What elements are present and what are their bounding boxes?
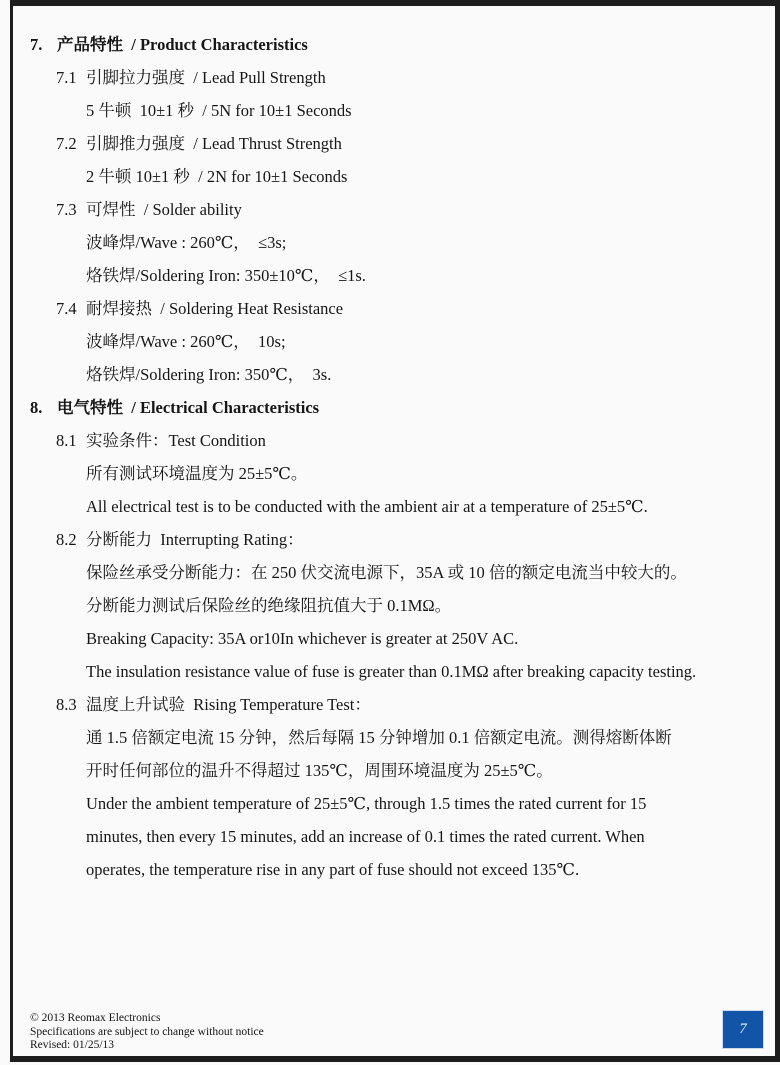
clause-8-3-title: 温度上升试验 Rising Temperature Test： xyxy=(86,695,371,714)
clause-7-2-body-line: 2 牛顿 10±1 秒 / 2N for 10±1 Seconds xyxy=(13,160,768,193)
clause-7-3-body-line: 烙铁焊/Soldering Iron: 350±10℃， ≤1s. xyxy=(13,259,768,292)
clause-8-2-body-line: 分断能力测试后保险丝的绝缘阻抗值大于 0.1MΩ。 xyxy=(13,589,768,622)
clause-8-2-heading: 8.2分断能力 Interrupting Rating： xyxy=(13,523,768,556)
clause-8-1-body-line: All electrical test is to be conducted w… xyxy=(13,490,768,523)
clause-8-3-body-line: operates, the temperature rise in any pa… xyxy=(13,853,768,886)
clause-7-2-heading: 7.2引脚推力强度 / Lead Thrust Strength xyxy=(13,127,768,160)
disclaimer-line: Specifications are subject to change wit… xyxy=(30,1026,264,1040)
clause-7-1-heading: 7.1引脚拉力强度 / Lead Pull Strength xyxy=(13,61,768,94)
clause-7-3-number: 7.3 xyxy=(56,193,86,226)
document-page: 7.产品特性 / Product Characteristics 7.1引脚拉力… xyxy=(0,0,780,1065)
clause-8-2-number: 8.2 xyxy=(56,523,86,556)
clause-8-3-body-line: 开时任何部位的温升不得超过 135℃，周围环境温度为 25±5℃。 xyxy=(13,754,768,787)
clause-7-3-body-line: 波峰焊/Wave : 260℃， ≤3s; xyxy=(13,226,768,259)
clause-7-1-title: 引脚拉力强度 / Lead Pull Strength xyxy=(86,68,326,87)
section-8-title: 电气特性 / Electrical Characteristics xyxy=(57,398,319,417)
clause-7-1-number: 7.1 xyxy=(56,61,86,94)
clause-8-3-body-line: 通 1.5 倍额定电流 15 分钟，然后每隔 15 分钟增加 0.1 倍额定电流… xyxy=(13,721,768,754)
clause-7-1-body-line: 5 牛顿 10±1 秒 / 5N for 10±1 Seconds xyxy=(13,94,768,127)
clause-7-2-title: 引脚推力强度 / Lead Thrust Strength xyxy=(86,134,342,153)
clause-8-3-number: 8.3 xyxy=(56,688,86,721)
section-8-heading: 8.电气特性 / Electrical Characteristics xyxy=(13,391,768,424)
clause-8-2-title: 分断能力 Interrupting Rating： xyxy=(86,530,304,549)
clause-8-2-body-line: The insulation resistance value of fuse … xyxy=(13,655,768,688)
clause-7-4-body-line: 烙铁焊/Soldering Iron: 350℃， 3s. xyxy=(13,358,768,391)
section-7-heading: 7.产品特性 / Product Characteristics xyxy=(13,28,768,61)
page-footer: © 2013 Reomax Electronics Specifications… xyxy=(30,1012,264,1053)
clause-7-4-heading: 7.4耐焊接热 / Soldering Heat Resistance xyxy=(13,292,768,325)
clause-7-4-number: 7.4 xyxy=(56,292,86,325)
clause-7-4-body-line: 波峰焊/Wave : 260℃， 10s; xyxy=(13,325,768,358)
clause-8-1-number: 8.1 xyxy=(56,424,86,457)
clause-8-3-body-line: Under the ambient temperature of 25±5℃, … xyxy=(13,787,768,820)
clause-8-3-body-line: minutes, then every 15 minutes, add an i… xyxy=(13,820,768,853)
section-8-number: 8. xyxy=(30,391,57,424)
clause-8-1-body-line: 所有测试环境温度为 25±5℃。 xyxy=(13,457,768,490)
clause-8-1-title: 实验条件：Test Condition xyxy=(86,431,266,450)
revision-line: Revised: 01/25/13 xyxy=(30,1039,264,1053)
clause-8-1-heading: 8.1实验条件：Test Condition xyxy=(13,424,768,457)
section-7-title: 产品特性 / Product Characteristics xyxy=(57,35,308,54)
page-content: 7.产品特性 / Product Characteristics 7.1引脚拉力… xyxy=(13,28,768,886)
clause-7-4-title: 耐焊接热 / Soldering Heat Resistance xyxy=(86,299,343,318)
section-7-number: 7. xyxy=(30,28,57,61)
clause-8-2-body-line: 保险丝承受分断能力：在 250 伏交流电源下，35A 或 10 倍的额定电流当中… xyxy=(13,556,768,589)
clause-7-2-number: 7.2 xyxy=(56,127,86,160)
copyright-line: © 2013 Reomax Electronics xyxy=(30,1012,264,1026)
clause-7-3-heading: 7.3可焊性 / Solder ability xyxy=(13,193,768,226)
clause-8-2-body-line: Breaking Capacity: 35A or10In whichever … xyxy=(13,622,768,655)
page-number-badge: 7 xyxy=(722,1010,764,1049)
clause-7-3-title: 可焊性 / Solder ability xyxy=(86,200,242,219)
clause-8-3-heading: 8.3温度上升试验 Rising Temperature Test： xyxy=(13,688,768,721)
